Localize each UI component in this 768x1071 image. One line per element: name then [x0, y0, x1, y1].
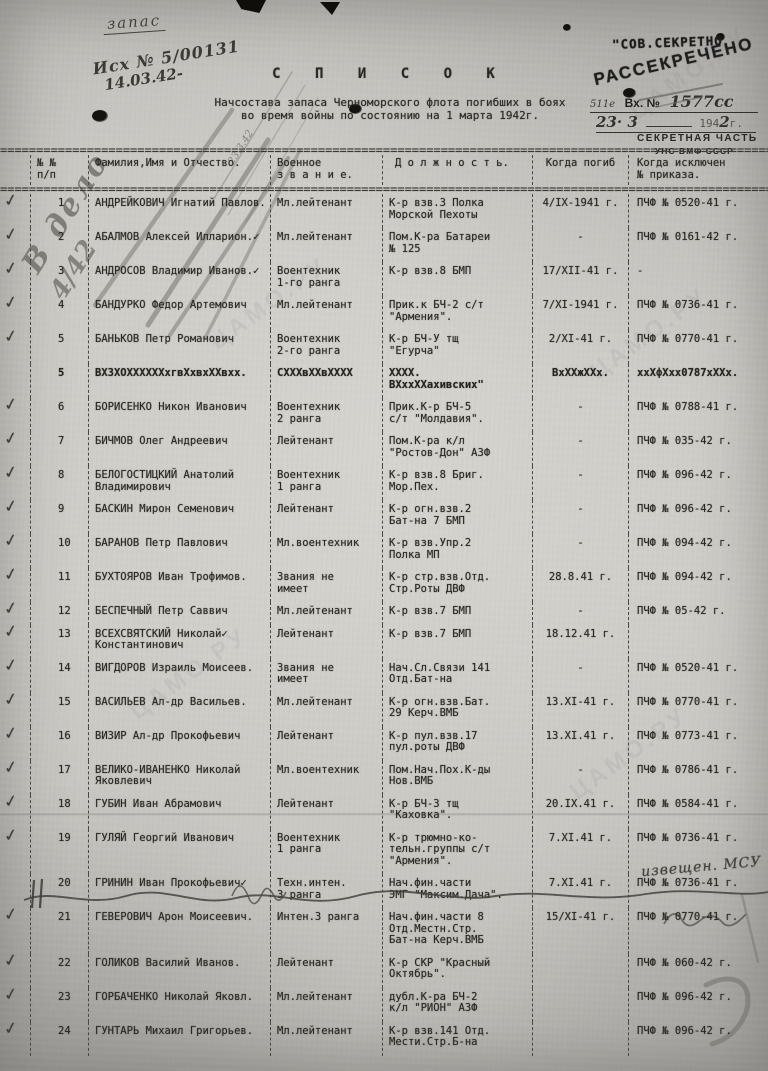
pencil-checkmark: ✓ — [4, 194, 17, 207]
cell-position: К-р трюмно-ко- тельн.группы с/т "Армения… — [382, 829, 532, 875]
secret-section-stamp-line1: СЕКРЕТНАЯ ЧАСТЬ — [637, 133, 758, 144]
pencil-checkmark: ✓ — [4, 761, 17, 774]
table-rule-header-bottom: ========================================… — [0, 185, 768, 194]
cell-name: АНДРОСОВ Владимир Иванов.✓ — [88, 262, 270, 296]
pencil-checkmark: ✓ — [4, 954, 17, 967]
cell-num: ✓3 — [30, 262, 88, 296]
cell-name: ВХЗХОХХХХХХхгвХхвхХХвхх. — [88, 364, 270, 398]
stamp-year-handwriting: 2 — [719, 113, 729, 131]
cell-order: ПЧФ № 0736-41 г. — [628, 874, 768, 908]
cell-num: ✓16 — [30, 727, 88, 761]
incoming-number-line: 511е Вх. № 1577сс — [590, 92, 765, 113]
cell-position: К-р взв.8 БМП — [382, 262, 532, 296]
cell-order: ПЧФ № 0736-41 г. — [628, 829, 768, 875]
table-row: ✓7 БИЧМОВ Олег Андреевич Лейтенант Пом.К… — [30, 432, 768, 466]
cell-rank: Лейтенант — [270, 432, 382, 466]
table-row: ✓1 АНДРЕЙКОВИЧ Игнатий Павлов. Мл.лейтен… — [30, 194, 768, 228]
stamp-year-suffix: г. — [730, 117, 743, 130]
cell-name: ВЕЛИКО-ИВАНЕНКО Николай Яковлевич — [88, 761, 270, 795]
cell-position: К-р огн.взв.Бат. 29 Керч.ВМБ — [382, 693, 532, 727]
table-body: ✓1 АНДРЕЙКОВИЧ Игнатий Павлов. Мл.лейтен… — [0, 194, 768, 1056]
cell-died: - — [532, 602, 628, 625]
cell-order: ПЧФ № 0161-42 г. — [628, 228, 768, 262]
cell-rank: Мл.лейтенант — [270, 693, 382, 727]
cell-name: БЕСПЕЧНЫЙ Петр Саввич — [88, 602, 270, 625]
cell-died: 7.XI.41 г. — [532, 874, 628, 908]
pencil-checkmark: ✓ — [4, 466, 17, 479]
cell-num: ✓6 — [30, 398, 88, 432]
cell-died: 18.12.41 г. — [532, 625, 628, 659]
cell-died: - — [532, 398, 628, 432]
cell-num: ✓13 — [30, 625, 88, 659]
cell-order: ПЧФ № 0520-41 г. — [628, 659, 768, 693]
pencil-checkmark: ✓ — [4, 1022, 17, 1035]
incoming-number-handwriting: 1577сс — [670, 92, 734, 111]
torn-paper-mark — [320, 2, 340, 15]
cell-position: Пом.К-ра Батареи № 125 — [382, 228, 532, 262]
cell-order: ПЧФ № 0770-41 г. — [628, 693, 768, 727]
cell-name: ВАСИЛЬЕВ Ал-др Васильев. — [88, 693, 270, 727]
table-row: ✓18 ГУБИН Иван Абрамович Лейтенант К-р Б… — [30, 795, 768, 829]
table-rule-top: ========================================… — [0, 146, 768, 155]
cell-position: Пом.Нач.Пох.К-ды Нов.ВМБ — [382, 761, 532, 795]
cell-name: ГУЛЯЙ Георгий Иванович — [88, 829, 270, 875]
cell-name: АБАЛМОВ Алексей Илларион.✓ — [88, 228, 270, 262]
row-number: 17 — [58, 765, 86, 777]
cell-rank: Воентехник 1 ранга — [270, 829, 382, 875]
cell-num: ✓4 — [30, 296, 88, 330]
cell-order: ПЧФ № 0770-41 г. — [628, 330, 768, 364]
cell-order: - — [628, 262, 768, 296]
pencil-checkmark: ✓ — [4, 829, 17, 842]
cell-name: ВИГДОРОВ Израиль Моисеев. — [88, 659, 270, 693]
cell-name: БАРАНОВ Петр Павлович — [88, 534, 270, 568]
cell-order — [628, 625, 768, 659]
punch-hole — [92, 110, 108, 122]
row-number: 14 — [58, 663, 86, 675]
table-row: ✓8 БЕЛОГОСТИЦКИЙ Анатолий Владимирович В… — [30, 466, 768, 500]
cell-name: ГЕВЕРОВИЧ Арон Моисеевич. — [88, 908, 270, 954]
cell-num: ✓9 — [30, 500, 88, 534]
cell-order: ПЧФ № 035-42 г. — [628, 432, 768, 466]
cell-position: Нач.Сл.Связи 141 Отд.Бат-на — [382, 659, 532, 693]
cell-num: ✓11 — [30, 568, 88, 602]
pencil-checkmark: ✓ — [4, 625, 17, 638]
row-number: 13 — [58, 629, 86, 641]
cell-order: ПЧФ № 094-42 г. — [628, 568, 768, 602]
incoming-label-stamp: Вх. № — [625, 96, 660, 110]
cell-order: ПЧФ № 0736-41 г. — [628, 296, 768, 330]
cell-order: ПЧФ № 0773-41 г. — [628, 727, 768, 761]
cell-num: 5 — [30, 364, 88, 398]
cell-rank: Воентехник 1-го ранга — [270, 262, 382, 296]
cell-died — [532, 988, 628, 1022]
cell-died: - — [532, 761, 628, 795]
table-row: ✓17 ВЕЛИКО-ИВАНЕНКО Николай Яковлевич Мл… — [30, 761, 768, 795]
row-number: 18 — [58, 799, 86, 811]
cell-num: 20 — [30, 874, 88, 908]
cell-died: - — [532, 466, 628, 500]
cell-died: ВхХХжХХх. — [532, 364, 628, 398]
table-row: ✓21 ГЕВЕРОВИЧ Арон Моисеевич. Интен.3 ра… — [30, 908, 768, 954]
cell-position: К-р взв.Упр.2 Полка МП — [382, 534, 532, 568]
cell-died: 7/XI-1941 г. — [532, 296, 628, 330]
cell-num: ✓8 — [30, 466, 88, 500]
cell-position: К-р пул.взв.17 пул.роты ДВФ — [382, 727, 532, 761]
cell-position: К-р взв.7 БМП — [382, 625, 532, 659]
cell-died: 13.XI.41 г. — [532, 727, 628, 761]
cell-rank: Воентехник 2-го ранга — [270, 330, 382, 364]
cell-rank: Мл.лейтенант — [270, 228, 382, 262]
handwritten-zapas-note: запас — [102, 11, 165, 35]
torn-paper-mark — [236, 0, 266, 13]
cell-name: ВИЗИР Ал-др Прокофьевич — [88, 727, 270, 761]
cell-position: Прик.К-р БЧ-5 с/т "Молдавия". — [382, 398, 532, 432]
table-row: ✓14 ВИГДОРОВ Израиль Моисеев. Звания не … — [30, 659, 768, 693]
cell-position: Пом.К-ра к/л "Ростов-Дон" АЗФ — [382, 432, 532, 466]
table-row: ✓11 БУХТОЯРОВ Иван Трофимов. Звания не и… — [30, 568, 768, 602]
incoming-date-handwriting: 23· 3 — [596, 113, 638, 131]
row-number: 10 — [58, 538, 86, 550]
cell-position: К-р стр.взв.Отд. Стр.Роты ДВФ — [382, 568, 532, 602]
cell-rank: Мл.лейтенант — [270, 296, 382, 330]
cell-rank: Мл.лейтенант — [270, 1022, 382, 1056]
row-number: 20 — [58, 878, 86, 890]
cell-died: - — [532, 432, 628, 466]
cell-rank: Техн.интен. 3 ранга — [270, 874, 382, 908]
row-number: 7 — [58, 436, 86, 448]
cell-order: ПЧФ № 096-42 г. — [628, 1022, 768, 1056]
header-died: Когда погиб — [532, 155, 628, 185]
cell-name: БАНЬКОВ Петр Романович — [88, 330, 270, 364]
cell-name: БОРИСЕНКО Никон Иванович — [88, 398, 270, 432]
table-row: ✓6 БОРИСЕНКО Никон Иванович Воентехник 2… — [30, 398, 768, 432]
cell-position: К-р взв.8 Бриг. Мор.Пех. — [382, 466, 532, 500]
punch-hole — [563, 24, 571, 31]
pencil-checkmark: ✓ — [4, 500, 17, 513]
row-number: 19 — [58, 833, 86, 845]
cell-num: ✓10 — [30, 534, 88, 568]
cell-position: Прик.к БЧ-2 с/т "Армения". — [382, 296, 532, 330]
cell-name: БАНДУРКО Федор Артемович — [88, 296, 270, 330]
cell-num: ✓24 — [30, 1022, 88, 1056]
cell-rank: Мл.лейтенант — [270, 602, 382, 625]
cell-died: 13.XI-41 г. — [532, 693, 628, 727]
stamp-year-print: 194 — [699, 117, 719, 130]
cell-rank: Мл.лейтенант — [270, 194, 382, 228]
cell-num: ✓5 — [30, 330, 88, 364]
table-row: ✓5 БАНЬКОВ Петр Романович Воентехник 2-г… — [30, 330, 768, 364]
header-name: Фамилия,Имя и Отчество. — [88, 155, 270, 185]
cell-order: ПЧФ № 060-42 г. — [628, 954, 768, 988]
incoming-prefix-handwriting: 511е — [590, 99, 615, 110]
cell-rank: Звания не имеет — [270, 659, 382, 693]
table-row: ✓22 ГОЛИКОВ Василий Иванов. Лейтенант К-… — [30, 954, 768, 988]
pencil-checkmark: ✓ — [4, 432, 17, 445]
cell-died: - — [532, 228, 628, 262]
cell-position: К-р взв.141 Отд. Мести.Стр.Б-на — [382, 1022, 532, 1056]
table-row: ✓15 ВАСИЛЬЕВ Ал-др Васильев. Мл.лейтенан… — [30, 693, 768, 727]
cell-order: ПЧФ № 0786-41 г. — [628, 761, 768, 795]
cell-name: ВСЕХСВЯТСКИЙ Николай✓ Константинович — [88, 625, 270, 659]
row-number: 5 — [58, 334, 86, 346]
table-header-row: № № п/п Фамилия,Имя и Отчество. Военное … — [30, 155, 768, 185]
cell-order: ххХфХхх0787хХХх. — [628, 364, 768, 398]
row-number: 22 — [58, 958, 86, 970]
cell-order: ПЧФ № 05-42 г. — [628, 602, 768, 625]
cell-rank: Лейтенант — [270, 625, 382, 659]
table-row: ✓12 БЕСПЕЧНЫЙ Петр Саввич Мл.лейтенант К… — [30, 602, 768, 625]
pencil-checkmark: ✓ — [4, 568, 17, 581]
pencil-checkmark: ✓ — [4, 659, 17, 672]
cell-position: К-р взв.3 Полка Морской Пехоты — [382, 194, 532, 228]
row-number: 6 — [58, 402, 86, 414]
pencil-checkmark: ✓ — [4, 727, 17, 740]
pencil-checkmark: ✓ — [4, 693, 17, 706]
cell-num: ✓15 — [30, 693, 88, 727]
cell-order: ПЧФ № 0520-41 г. — [628, 194, 768, 228]
table-row: ✓4 БАНДУРКО Федор Артемович Мл.лейтенант… — [30, 296, 768, 330]
cell-rank: Мл.воентехник — [270, 761, 382, 795]
cell-rank: Лейтенант — [270, 954, 382, 988]
row-number: 11 — [58, 572, 86, 584]
cell-died: 4/IX-1941 г. — [532, 194, 628, 228]
cell-rank: СХХХвХХвХХХХ — [270, 364, 382, 398]
cell-died: 20.IX.41 г. — [532, 795, 628, 829]
pencil-checkmark: ✓ — [4, 988, 17, 1001]
cell-name: БАСКИН Мирон Семенович — [88, 500, 270, 534]
table-row: ✓9 БАСКИН Мирон Семенович Лейтенант К-р … — [30, 500, 768, 534]
cell-died: 7.XI.41 г. — [532, 829, 628, 875]
cell-position: дубл.К-ра БЧ-2 к/л "РИОН" АЗФ — [382, 988, 532, 1022]
cell-died: - — [532, 659, 628, 693]
header-num: № № п/п — [30, 155, 88, 185]
row-number: 24 — [58, 1026, 86, 1038]
cell-order: ПЧФ № 0584-41 г. — [628, 795, 768, 829]
cell-num: ✓23 — [30, 988, 88, 1022]
casualty-table: ========================================… — [0, 146, 768, 1056]
cell-num: ✓22 — [30, 954, 88, 988]
cell-rank: Лейтенант — [270, 795, 382, 829]
pencil-checkmark: ✓ — [4, 228, 17, 241]
cell-position: Нач.фин.части 8 Отд.Местн.Стр. Бат-на Ке… — [382, 908, 532, 954]
row-number: 8 — [58, 470, 86, 482]
table-row: ✓23 ГОРБАЧЕНКО Николай Яковл. Мл.лейтена… — [30, 988, 768, 1022]
table-row: ✓3 АНДРОСОВ Владимир Иванов.✓ Воентехник… — [30, 262, 768, 296]
cell-name: ГРИНИН Иван Прокофьевич✓ — [88, 874, 270, 908]
cell-position: К-р БЧ-У тщ "Егурча" — [382, 330, 532, 364]
cell-num: ✓14 — [30, 659, 88, 693]
cell-rank: Воентехник 1 ранга — [270, 466, 382, 500]
header-position: Д о л ж н о с т ь. — [382, 155, 532, 185]
table-row: ✓2 АБАЛМОВ Алексей Илларион.✓ Мл.лейтена… — [30, 228, 768, 262]
row-number: 4 — [58, 300, 86, 312]
cell-rank: Воентехник 2 ранга — [270, 398, 382, 432]
cell-position: К-р взв.7 БМП — [382, 602, 532, 625]
cell-rank: Мл.лейтенант — [270, 988, 382, 1022]
pencil-checkmark: ✓ — [4, 534, 17, 547]
cell-died — [532, 1022, 628, 1056]
cell-died: - — [532, 534, 628, 568]
cell-died: 2/XI-41 г. — [532, 330, 628, 364]
scanned-document-page: ЦАМО.РУ ЦАМО.РУ ЦАМО.РУ ЦАМО.РУ ЦАМО.РУ … — [0, 0, 768, 1071]
table-row: ✓13 ВСЕХСВЯТСКИЙ Николай✓ Константинович… — [30, 625, 768, 659]
stamp-date-blank — [646, 116, 692, 127]
cell-order: ПЧФ № 096-42 г. — [628, 988, 768, 1022]
cell-num: ✓1 — [30, 194, 88, 228]
row-number: 16 — [58, 731, 86, 743]
pencil-checkmark: ✓ — [4, 602, 17, 615]
cell-name: ГОЛИКОВ Василий Иванов. — [88, 954, 270, 988]
row-number: 3 — [58, 266, 86, 278]
pencil-checkmark: ✓ — [4, 398, 17, 411]
cell-num: ✓12 — [30, 602, 88, 625]
cell-num: ✓7 — [30, 432, 88, 466]
cell-rank: Мл.воентехник — [270, 534, 382, 568]
document-title: С П И С О К — [130, 66, 650, 82]
cell-rank: Лейтенант — [270, 500, 382, 534]
cell-died: - — [532, 500, 628, 534]
cell-name: ГУНТАРЬ Михаил Григорьев. — [88, 1022, 270, 1056]
cell-name: БЕЛОГОСТИЦКИЙ Анатолий Владимирович — [88, 466, 270, 500]
table-row: 20 ГРИНИН Иван Прокофьевич✓ Техн.интен. … — [30, 874, 768, 908]
pencil-checkmark: ✓ — [4, 330, 17, 343]
header-rank: Военное з в а н и е. — [270, 155, 382, 185]
table-row: ✓24 ГУНТАРЬ Михаил Григорьев. Мл.лейтена… — [30, 1022, 768, 1056]
pencil-checkmark: ✓ — [4, 296, 17, 309]
table-row: 5 ВХЗХОХХХХХХхгвХхвхХХвхх. СХХХвХХвХХХХ … — [30, 364, 768, 398]
cell-num: ✓2 — [30, 228, 88, 262]
document-subtitle-line1: Начсостава запаса Черноморского флота по… — [120, 96, 660, 109]
pencil-checkmark: ✓ — [4, 795, 17, 808]
cell-name: ГОРБАЧЕНКО Николай Яковл. — [88, 988, 270, 1022]
row-number: 1 — [58, 198, 86, 210]
table-row: ✓16 ВИЗИР Ал-др Прокофьевич Лейтенант К-… — [30, 727, 768, 761]
cell-name: БИЧМОВ Олег Андреевич — [88, 432, 270, 466]
cell-position: К-р СКР "Красный Октябрь". — [382, 954, 532, 988]
cell-died: 17/XII-41 г. — [532, 262, 628, 296]
cell-num: ✓18 — [30, 795, 88, 829]
row-number: 5 — [58, 368, 86, 380]
document-subtitle-line2: во время войны по состоянию на 1 марта 1… — [120, 109, 660, 122]
cell-died — [532, 954, 628, 988]
row-number: 23 — [58, 992, 86, 1004]
header-excluded: Когда исключен № приказа. — [628, 155, 768, 185]
cell-num: ✓19 — [30, 829, 88, 875]
incoming-date-line: 23· 3 1942г. — [596, 113, 766, 133]
cell-rank: Интен.3 ранга — [270, 908, 382, 954]
cell-position: К-р БЧ-3 тщ "Каховка". — [382, 795, 532, 829]
cell-num: ✓17 — [30, 761, 88, 795]
cell-order: ПЧФ № 0770-41 г. — [628, 908, 768, 954]
row-number: 9 — [58, 504, 86, 516]
table-row: ✓19 ГУЛЯЙ Георгий Иванович Воентехник 1 … — [30, 829, 768, 875]
row-number: 15 — [58, 697, 86, 709]
cell-order: ПЧФ № 096-42 г. — [628, 500, 768, 534]
cell-num: ✓21 — [30, 908, 88, 954]
pencil-checkmark: ✓ — [4, 908, 17, 921]
cell-position: К-р огн.взв.2 Бат-на 7 БМП — [382, 500, 532, 534]
cell-order: ПЧФ № 096-42 г. — [628, 466, 768, 500]
row-number: 21 — [58, 912, 86, 924]
row-number: 2 — [58, 232, 86, 244]
cell-name: АНДРЕЙКОВИЧ Игнатий Павлов. — [88, 194, 270, 228]
cell-died: 28.8.41 г. — [532, 568, 628, 602]
row-number: 12 — [58, 606, 86, 618]
cell-name: БУХТОЯРОВ Иван Трофимов. — [88, 568, 270, 602]
cell-position: ХХХХ. ВХххХХахивских" — [382, 364, 532, 398]
table-row: ✓10 БАРАНОВ Петр Павлович Мл.воентехник … — [30, 534, 768, 568]
cell-position: Нач.фин.части ЭМГ "Максим.Дача". — [382, 874, 532, 908]
cell-rank: Лейтенант — [270, 727, 382, 761]
cell-name: ГУБИН Иван Абрамович — [88, 795, 270, 829]
cell-order: ПЧФ № 094-42 г. — [628, 534, 768, 568]
cell-died: 15/XI-41 г. — [532, 908, 628, 954]
cell-rank: Звания не имеет — [270, 568, 382, 602]
pencil-checkmark: ✓ — [4, 262, 17, 275]
cell-order: ПЧФ № 0788-41 г. — [628, 398, 768, 432]
